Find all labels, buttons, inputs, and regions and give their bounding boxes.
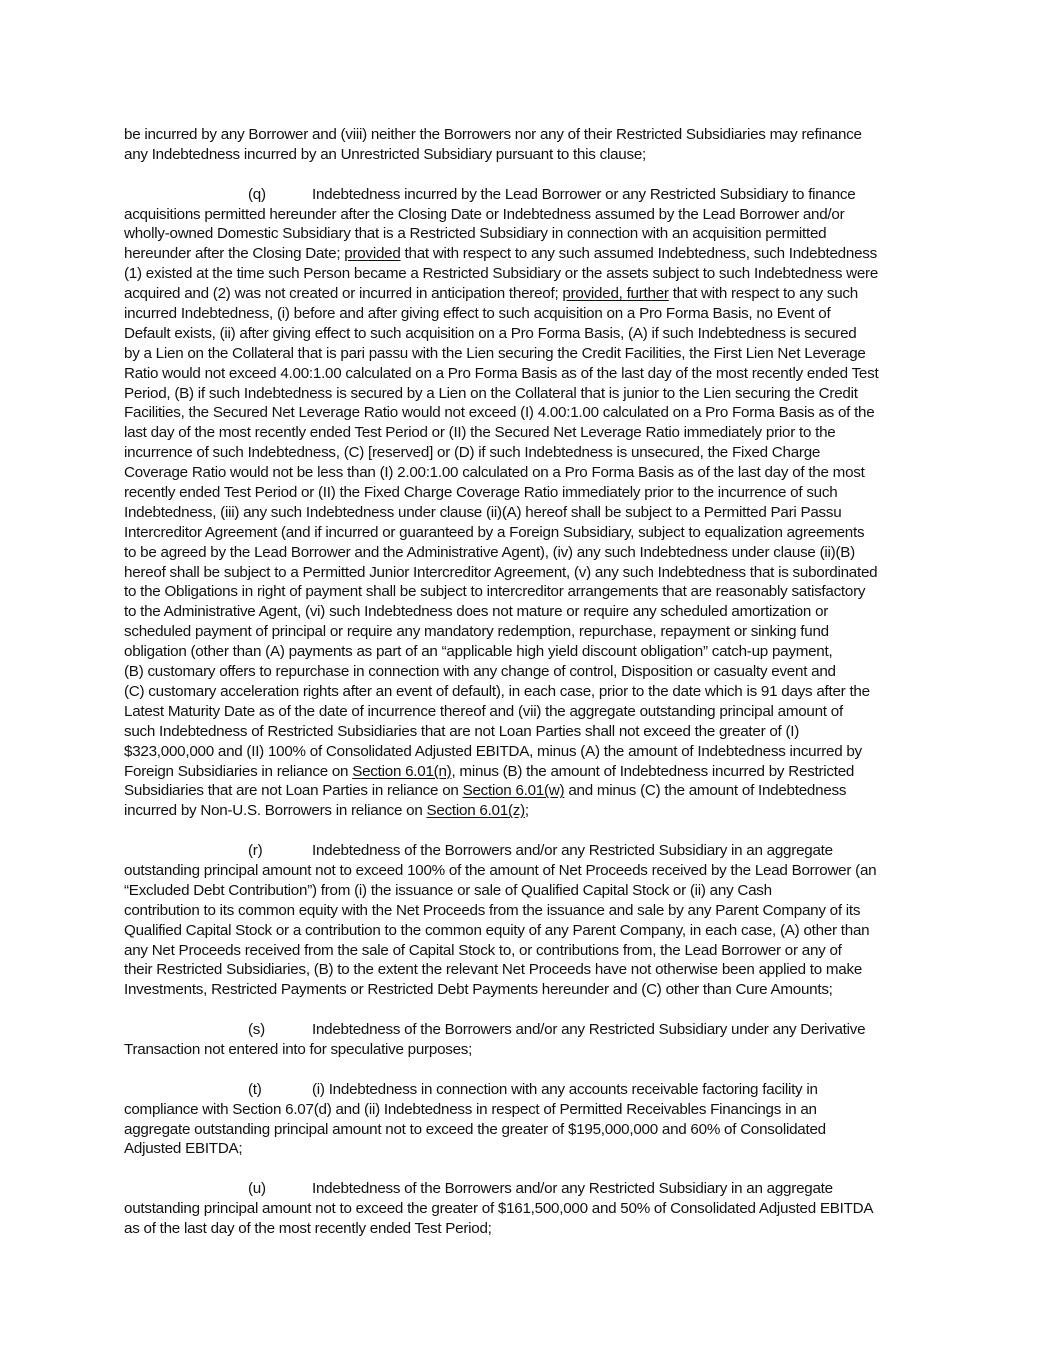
text-line: such Indebtedness of Restricted Subsidia… [124, 722, 936, 742]
text-line: $323,000,000 and (II) 100% of Consolidat… [124, 742, 936, 762]
line-text: $323,000,000 and (II) 100% of Consolidat… [124, 743, 862, 760]
line-text: by a Lien on the Collateral that is pari… [124, 345, 866, 362]
paragraph-spacer [124, 1060, 936, 1080]
paragraph-spacer [124, 1159, 936, 1179]
text-line: Default exists, (ii) after giving effect… [124, 324, 936, 344]
text-line: (s)Indebtedness of the Borrowers and/or … [124, 1020, 936, 1040]
line-text: Indebtedness, (iii) any such Indebtednes… [124, 504, 841, 521]
line-text: such Indebtedness of Restricted Subsidia… [124, 723, 799, 740]
clause-label: (r) [248, 841, 312, 861]
paragraph-r: (r)Indebtedness of the Borrowers and/or … [124, 841, 936, 1000]
cross-reference: provided, further [562, 285, 668, 302]
cross-reference: Section 6.01(n) [352, 763, 451, 780]
line-text: Indebtedness of the Borrowers and/or any… [312, 1021, 865, 1038]
line-text: obligation (other than (A) payments as p… [124, 643, 832, 660]
text-line: scheduled payment of principal or requir… [124, 622, 936, 642]
line-text: incurred Indebtedness, (i) before and af… [124, 305, 830, 322]
text-line: compliance with Section 6.07(d) and (ii)… [124, 1100, 936, 1120]
line-text: acquisitions permitted hereunder after t… [124, 206, 844, 223]
text-line: last day of the most recently ended Test… [124, 423, 936, 443]
paragraph-q: (q)Indebtedness incurred by the Lead Bor… [124, 185, 936, 822]
line-text: Indebtedness of the Borrowers and/or any… [312, 842, 833, 859]
line-text: Indebtedness incurred by the Lead Borrow… [312, 186, 855, 203]
text-line: incurred by Non-U.S. Borrowers in relian… [124, 801, 936, 821]
text-line: obligation (other than (A) payments as p… [124, 642, 936, 662]
text-line: any Indebtedness incurred by an Unrestri… [124, 145, 936, 165]
line-text: Transaction not entered into for specula… [124, 1041, 472, 1058]
text-line: to the Administrative Agent, (vi) such I… [124, 602, 936, 622]
line-text: Qualified Capital Stock or a contributio… [124, 922, 869, 939]
line-text: hereunder after the Closing Date; provid… [124, 245, 877, 262]
text-line: (C) customary acceleration rights after … [124, 682, 936, 702]
text-line: Latest Maturity Date as of the date of i… [124, 702, 936, 722]
paragraph-u: (u)Indebtedness of the Borrowers and/or … [124, 1179, 936, 1239]
text-line: Qualified Capital Stock or a contributio… [124, 921, 936, 941]
line-text: Period, (B) if such Indebtedness is secu… [124, 385, 858, 402]
line-text: Indebtedness of the Borrowers and/or any… [312, 1180, 833, 1197]
text-line: (t)(i) Indebtedness in connection with a… [124, 1080, 936, 1100]
text-line: be incurred by any Borrower and (viii) n… [124, 125, 936, 145]
text-line: recently ended Test Period or (II) the F… [124, 483, 936, 503]
text-line: incurred Indebtedness, (i) before and af… [124, 304, 936, 324]
line-text: acquired and (2) was not created or incu… [124, 285, 858, 302]
paragraph-spacer [124, 1000, 936, 1020]
paragraph-spacer [124, 165, 936, 185]
line-text: (i) Indebtedness in connection with any … [312, 1081, 818, 1098]
text-line: (r)Indebtedness of the Borrowers and/or … [124, 841, 936, 861]
text-line: Foreign Subsidiaries in reliance on Sect… [124, 762, 936, 782]
line-text: to the Administrative Agent, (vi) such I… [124, 603, 828, 620]
text-line: Adjusted EBITDA; [124, 1139, 936, 1159]
text-line: contribution to its common equity with t… [124, 901, 936, 921]
cross-reference: Section 6.01(w) [463, 782, 565, 799]
text-line: Subsidiaries that are not Loan Parties i… [124, 781, 936, 801]
text-line: “Excluded Debt Contribution”) from (i) t… [124, 881, 936, 901]
text-line: acquisitions permitted hereunder after t… [124, 205, 936, 225]
line-text: to the Obligations in right of payment s… [124, 583, 865, 600]
paragraph-continuation: be incurred by any Borrower and (viii) n… [124, 125, 936, 165]
line-text: compliance with Section 6.07(d) and (ii)… [124, 1101, 817, 1118]
text-line: as of the last day of the most recently … [124, 1219, 936, 1239]
text-line: to the Obligations in right of payment s… [124, 582, 936, 602]
line-text: Subsidiaries that are not Loan Parties i… [124, 782, 846, 799]
line-text: recently ended Test Period or (II) the F… [124, 484, 837, 501]
cross-reference: Section 6.01(z) [427, 802, 525, 819]
line-text: outstanding principal amount not to exce… [124, 1200, 873, 1217]
paragraph-s: (s)Indebtedness of the Borrowers and/or … [124, 1020, 936, 1060]
text-line: wholly-owned Domestic Subsidiary that is… [124, 224, 936, 244]
line-text: Latest Maturity Date as of the date of i… [124, 703, 843, 720]
line-text: Investments, Restricted Payments or Rest… [124, 981, 833, 998]
line-text: hereof shall be subject to a Permitted J… [124, 564, 877, 581]
line-text: aggregate outstanding principal amount n… [124, 1121, 826, 1138]
text-line: Period, (B) if such Indebtedness is secu… [124, 384, 936, 404]
clause-label: (u) [248, 1179, 312, 1199]
line-text: Foreign Subsidiaries in reliance on Sect… [124, 763, 854, 780]
line-text: incurrence of such Indebtedness, (C) [re… [124, 444, 820, 461]
text-line: Coverage Ratio would not be less than (I… [124, 463, 936, 483]
line-text: Adjusted EBITDA; [124, 1140, 242, 1157]
cross-reference: provided [344, 245, 400, 262]
text-line: to be agreed by the Lead Borrower and th… [124, 543, 936, 563]
text-line: acquired and (2) was not created or incu… [124, 284, 936, 304]
line-text: Ratio would not exceed 4.00:1.00 calcula… [124, 365, 878, 382]
text-line: (B) customary offers to repurchase in co… [124, 662, 936, 682]
line-text: (C) customary acceleration rights after … [124, 683, 870, 700]
clause-label: (q) [248, 185, 312, 205]
paragraph-spacer [124, 821, 936, 841]
line-text: any Net Proceeds received from the sale … [124, 942, 842, 959]
line-text: Default exists, (ii) after giving effect… [124, 325, 856, 342]
line-text: as of the last day of the most recently … [124, 1220, 492, 1237]
line-text: to be agreed by the Lead Borrower and th… [124, 544, 855, 561]
text-line: Ratio would not exceed 4.00:1.00 calcula… [124, 364, 936, 384]
text-line: outstanding principal amount not to exce… [124, 861, 936, 881]
line-text: their Restricted Subsidiaries, (B) to th… [124, 961, 862, 978]
text-line: (1) existed at the time such Person beca… [124, 264, 936, 284]
text-line: (q)Indebtedness incurred by the Lead Bor… [124, 185, 936, 205]
text-line: by a Lien on the Collateral that is pari… [124, 344, 936, 364]
line-text: Intercreditor Agreement (and if incurred… [124, 524, 864, 541]
paragraph-t: (t)(i) Indebtedness in connection with a… [124, 1080, 936, 1160]
text-line: Indebtedness, (iii) any such Indebtednes… [124, 503, 936, 523]
text-line: outstanding principal amount not to exce… [124, 1199, 936, 1219]
line-text: (B) customary offers to repurchase in co… [124, 663, 836, 680]
line-text: incurred by Non-U.S. Borrowers in relian… [124, 802, 529, 819]
text-line: Transaction not entered into for specula… [124, 1040, 936, 1060]
line-text: Facilities, the Secured Net Leverage Rat… [124, 404, 874, 421]
text-line: aggregate outstanding principal amount n… [124, 1120, 936, 1140]
line-text: wholly-owned Domestic Subsidiary that is… [124, 225, 826, 242]
text-line: (u)Indebtedness of the Borrowers and/or … [124, 1179, 936, 1199]
text-line: Investments, Restricted Payments or Rest… [124, 980, 936, 1000]
line-text: any Indebtedness incurred by an Unrestri… [124, 146, 646, 163]
text-line: their Restricted Subsidiaries, (B) to th… [124, 960, 936, 980]
line-text: be incurred by any Borrower and (viii) n… [124, 126, 862, 143]
clause-label: (t) [248, 1080, 312, 1100]
text-line: incurrence of such Indebtedness, (C) [re… [124, 443, 936, 463]
line-text: outstanding principal amount not to exce… [124, 862, 876, 879]
text-line: hereof shall be subject to a Permitted J… [124, 563, 936, 583]
clause-label: (s) [248, 1020, 312, 1040]
text-line: any Net Proceeds received from the sale … [124, 941, 936, 961]
document-page: be incurred by any Borrower and (viii) n… [124, 125, 936, 1239]
text-line: hereunder after the Closing Date; provid… [124, 244, 936, 264]
line-text: Coverage Ratio would not be less than (I… [124, 464, 865, 481]
line-text: last day of the most recently ended Test… [124, 424, 835, 441]
line-text: scheduled payment of principal or requir… [124, 623, 829, 640]
text-line: Intercreditor Agreement (and if incurred… [124, 523, 936, 543]
line-text: “Excluded Debt Contribution”) from (i) t… [124, 882, 772, 899]
line-text: contribution to its common equity with t… [124, 902, 860, 919]
text-line: Facilities, the Secured Net Leverage Rat… [124, 403, 936, 423]
line-text: (1) existed at the time such Person beca… [124, 265, 878, 282]
